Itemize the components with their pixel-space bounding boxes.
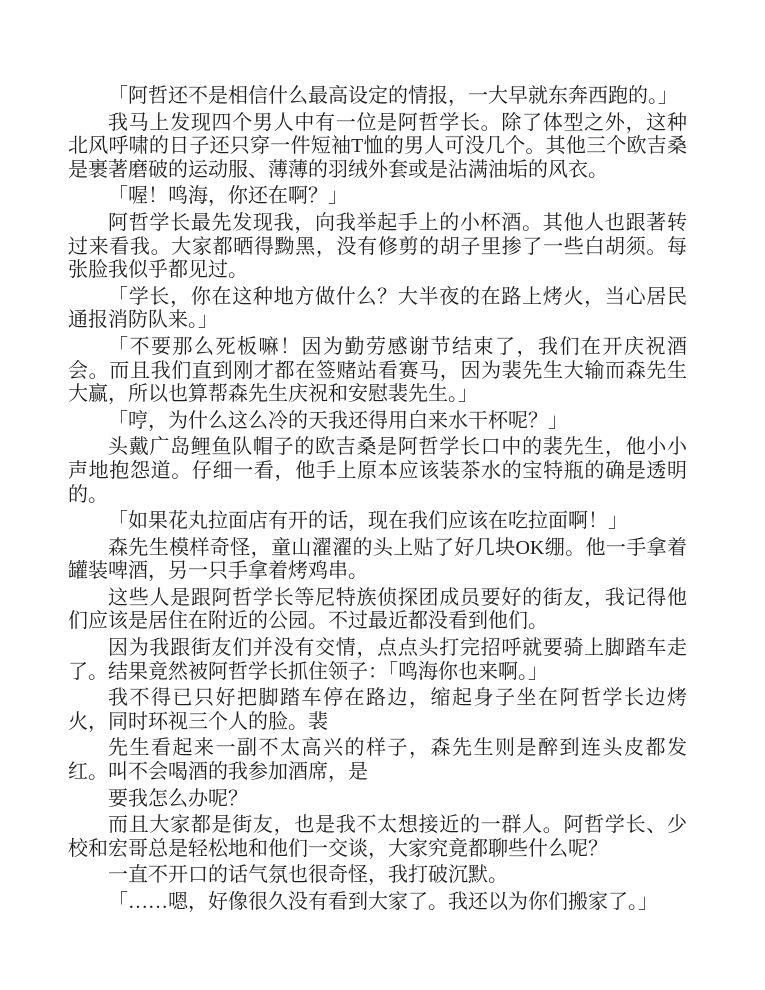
- paragraph: 因为我跟街友们并没有交情，点点头打完招呼就要骑上脚踏车走了。结果竟然被阿哲学长抓…: [68, 637, 687, 684]
- paragraph: 「不要那么死板嘛！因为勤劳感谢节结束了，我们在开庆祝酒会。而且我们直到刚才都在签…: [68, 336, 687, 407]
- paragraph: 我不得已只好把脚踏车停在路边，缩起身子坐在阿哲学长边烤火，同时环视三个人的脸。裴: [68, 687, 687, 734]
- paragraph: 我马上发现四个男人中有一位是阿哲学长。除了体型之外，这种北风呼啸的日子还只穿一件…: [68, 112, 687, 183]
- paragraph: 「阿哲还不是相信什么最高设定的情报，一大早就东奔西跑的。」: [68, 85, 687, 109]
- paragraph: 森先生模样奇怪，童山濯濯的头上贴了好几块OK绷。他一手拿着罐装啤酒，另一只手拿着…: [68, 537, 687, 584]
- novel-text-body: 「阿哲还不是相信什么最高设定的情报，一大早就东奔西跑的。」 我马上发现四个男人中…: [68, 85, 687, 915]
- paragraph: 「学长，你在这种地方做什么？大半夜的在路上烤火，当心居民通报消防队来。」: [68, 286, 687, 333]
- paragraph: 「……嗯，好像很久没有看到大家了。我还以为你们搬家了。」: [68, 891, 687, 915]
- paragraph: 先生看起来一副不太高兴的样子，森先生则是醉到连头皮都发红。叫不会喝酒的我参加酒席…: [68, 737, 687, 784]
- paragraph: 「哼，为什么这么冷的天我还得用白来水干杯呢？」: [68, 410, 687, 434]
- paragraph: 一直不开口的话气氛也很奇怪，我打破沉默。: [68, 864, 687, 888]
- paragraph: 要我怎么办呢？: [68, 788, 687, 812]
- paragraph: 「喔！鸣海，你还在啊？」: [68, 185, 687, 209]
- paragraph: 头戴广岛鲤鱼队帽子的欧吉桑是阿哲学长口中的裴先生，他小小声地抱怨道。仔细一看，他…: [68, 436, 687, 507]
- paragraph: 「如果花丸拉面店有开的话，现在我们应该在吃拉面啊！」: [68, 510, 687, 534]
- document-page: 「阿哲还不是相信什么最高设定的情报，一大早就东奔西跑的。」 我马上发现四个男人中…: [0, 0, 765, 990]
- paragraph: 阿哲学长最先发现我，向我举起手上的小杯酒。其他人也跟著转过来看我。大家都晒得黝黑…: [68, 212, 687, 283]
- paragraph: 而且大家都是街友，也是我不太想接近的一群人。阿哲学长、少校和宏哥总是轻松地和他们…: [68, 814, 687, 861]
- paragraph: 这些人是跟阿哲学长等尼特族侦探团成员要好的街友，我记得他们应该是居住在附近的公园…: [68, 587, 687, 634]
